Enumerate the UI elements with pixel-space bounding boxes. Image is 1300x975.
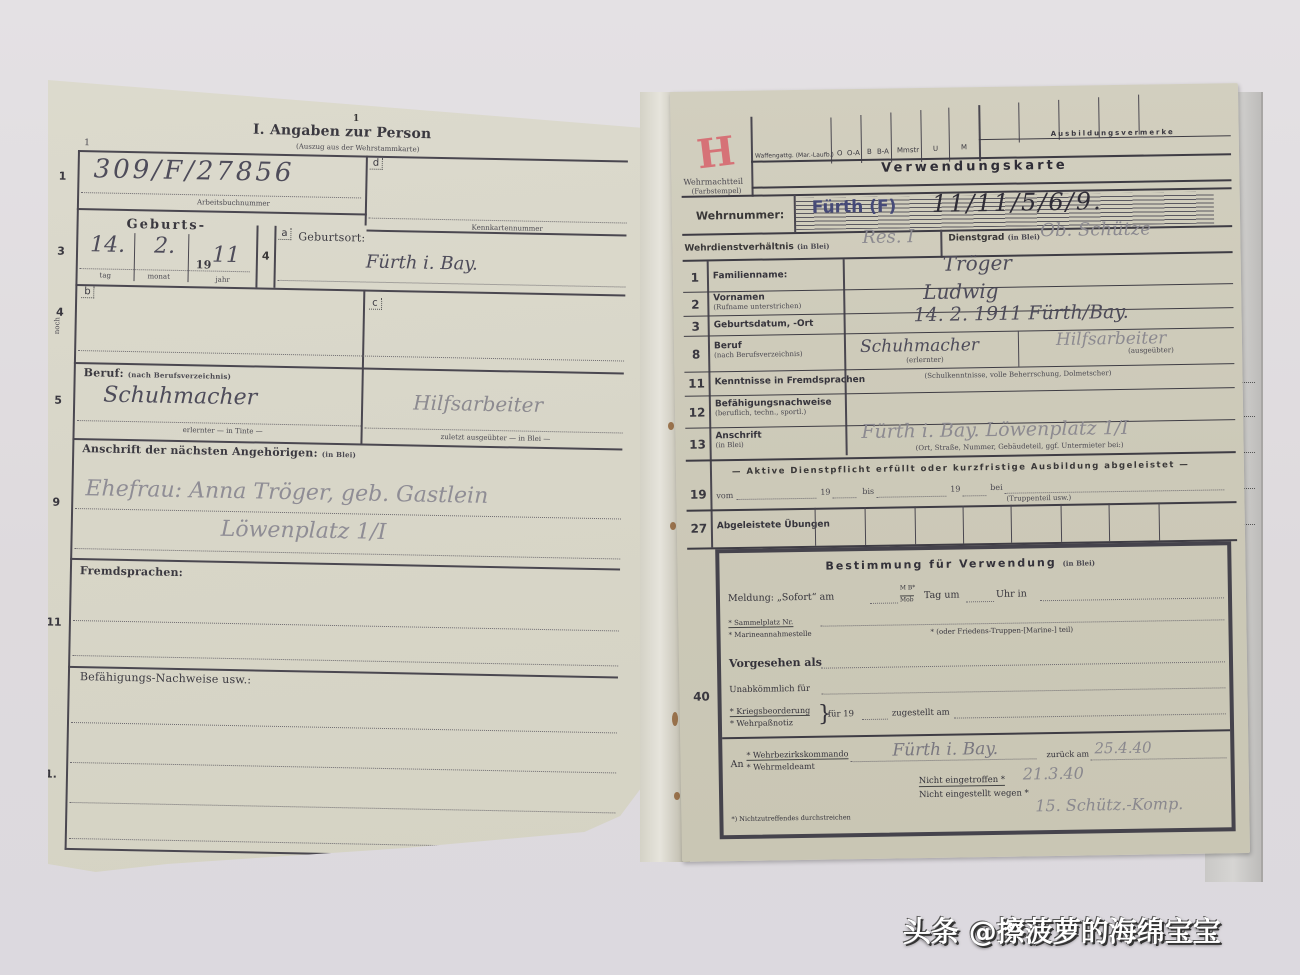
anschrift-line2: Löwenplatz 1/I [221, 517, 387, 545]
sammelplatz-label: * Sammelplatz Nr. [728, 618, 793, 628]
row-sub: (beruflich, techn., sportl.) [715, 407, 832, 417]
arbeitsbuchnummer-value: 309/F/27856 [93, 154, 294, 188]
beruf-practiced-label: zuletzt ausgeübter — in Blei — [440, 433, 550, 443]
row-number: 5 [49, 393, 67, 406]
mob-label: Mob [900, 595, 914, 603]
box-1: 1 [84, 138, 90, 148]
birth-year-label: jahr [215, 276, 229, 284]
befaehigung-label: Befähigungs-Nachweise usw.: [80, 670, 252, 686]
page-number: 1 [353, 114, 359, 124]
beruf-sub: (nach Berufsverzeichnis) [128, 370, 231, 381]
bei-label: bei [990, 483, 1003, 492]
box-c: c [369, 298, 382, 310]
row-label: Kenntnisse in Fremdsprachen [714, 375, 865, 387]
beruf-label-text: Beruf: [84, 366, 124, 380]
dienstgrad-label-text: Dienstgrad [948, 233, 1004, 244]
footnote: *) Nichtzutreffendes durchstreichen [731, 813, 851, 823]
col-m: M [961, 143, 967, 151]
wehrpassnotiz-label: * Wehrpaßnotiz [730, 718, 793, 728]
anschrift-sub: (in Blei) [322, 450, 356, 460]
an-label: An [730, 759, 743, 770]
left-page: 1 I. Angaben zur Person (Auszug aus der … [48, 80, 644, 880]
familienname-value: Tröger [943, 251, 1013, 276]
col-u: U [933, 145, 938, 153]
wehrnummer-value: 11/11/5/6/9. [932, 187, 1103, 218]
col-oa: O-A [847, 149, 860, 157]
row4-noch: noch [53, 317, 61, 334]
anschrift-label-text: Anschrift der nächsten Angehörigen: [82, 442, 318, 460]
anschrift-hint: (Ort, Straße, Nummer, Gebäudeteil, ggf. … [916, 441, 1124, 452]
vornamen-value: Ludwig [923, 279, 999, 304]
wehrdienst-value: Res. I [862, 226, 914, 248]
row-sub: (nach Berufsverzeichnis) [714, 350, 803, 359]
col-mmstr: Mmstr [897, 146, 919, 154]
nicht-eingestellt-label: Nicht eingestellt wegen * [919, 788, 1029, 800]
row-label: Beruf [714, 341, 742, 351]
nicht-eingetroffen-label: Nicht eingetroffen * [919, 775, 1005, 787]
beruf-learned-label: erlernter — in Tinte — [183, 426, 263, 436]
row-num: 40 [689, 689, 713, 703]
beruf-learned-label: (erlernter) [906, 356, 944, 365]
bis-label: bis [862, 487, 874, 496]
birthplace-value: Fürth i. Bay. [366, 252, 478, 275]
wehrdienst-label: Wehrdienstverhältnis (in Blei) [684, 242, 829, 254]
uhr-in-label: Uhr in [996, 588, 1027, 599]
fremdsprachen-hint: (Schulkenntnisse, volle Beherrschung, Do… [924, 369, 1111, 380]
tag-um-label: Tag um [924, 590, 960, 602]
dienstgrad-label: Dienstgrad (in Blei) [948, 232, 1040, 243]
row-num: 1 [683, 270, 707, 284]
bestimmung-sub: (in Blei) [1062, 558, 1095, 568]
zurueck-value: 25.4.40 [1094, 739, 1152, 758]
watermark: 头条 @擦菠萝的海绵宝宝 [903, 910, 1221, 950]
unit-note: 15. Schütz.-Komp. [1035, 794, 1183, 815]
birth-day-label: tag [100, 271, 112, 279]
birth-month-label: monat [148, 272, 171, 280]
fuer-19-label: für 19 [828, 709, 854, 719]
geburtsdatum-value: 14. 2. 1911 Fürth/Bay. [913, 301, 1128, 326]
arbeitsbuchnummer-label: Arbeitsbuchnummer [197, 198, 270, 207]
row-num: 8 [684, 347, 708, 361]
vorgesehen-label: Vorgesehen als [729, 656, 822, 670]
row-num: 2 [683, 297, 707, 311]
beruf-learned-value: Schuhmacher [860, 335, 979, 357]
beruf-learned-value: Schuhmacher [103, 383, 257, 411]
card-title: Verwendungskarte [881, 158, 1068, 176]
dienstgrad-sub: (in Blei) [1008, 232, 1041, 242]
row-number: 11 [45, 615, 63, 628]
beruf-practiced-label: (ausgeübter) [1128, 346, 1174, 355]
stamp-label: Wehrmachtteil [683, 177, 743, 187]
year-prefix: 19 [820, 488, 830, 497]
wehrdienst-sub: (in Blei) [797, 242, 830, 252]
marineannahme-label: * Marineannahmestelle [728, 630, 811, 639]
zurueck-label: zurück am [1046, 750, 1089, 760]
box-a: a [278, 228, 291, 240]
wehrnummer-stamp: Fürth (F) [812, 196, 897, 217]
dienstpflicht-heading: — Aktive Dienstpflicht erfüllt oder kurz… [732, 460, 1190, 477]
page-title: I. Angaben zur Person [253, 122, 432, 143]
unabkoemmlich-label: Unabkömmlich für [729, 684, 810, 695]
row-label: Abgeleistete Übungen [717, 520, 830, 532]
anschrift-value: Fürth i. Bay. Löwenplatz 1/I [861, 417, 1129, 443]
wehrmachtteil-stamp: H [694, 127, 737, 178]
row-number: 4 [262, 250, 270, 263]
verwendungskarte-card: H Wehrmachtteil (Farbstempel) Waffengatt… [670, 83, 1250, 862]
fremdsprachen-label: Fremdsprachen: [80, 564, 183, 579]
row-label: Geburtsdatum, -Ort [714, 319, 814, 331]
col-ba: B-A [877, 148, 889, 156]
anschrift-label: Anschrift der nächsten Angehörigen: (in … [82, 442, 356, 460]
row-sub: (Rufname unterstrichen) [713, 302, 801, 311]
wma-label: * Wehrmeldeamt [747, 762, 815, 772]
birth-day-value: 14. [90, 232, 125, 258]
oder-note: * (oder Friedens-Truppen-[Marine-] teil) [930, 626, 1073, 636]
mb-label: M B* [900, 584, 916, 591]
col-waffengattung: Waffengattg. (Mar.-Laufb.) [755, 151, 834, 159]
row-number: 3 [52, 245, 70, 258]
wehrdienst-label-text: Wehrdienstverhältnis [684, 242, 794, 254]
year-prefix: 19 [950, 484, 960, 493]
row-number: 1. [42, 767, 60, 780]
beruf-practiced-value: Hilfsarbeiter [413, 390, 543, 416]
personal-data-form: 1 1 309/F/27856 Arbeitsbuchnummer d Kenn… [65, 150, 628, 860]
row-label: Anschrift [715, 431, 761, 442]
col-b: B [867, 148, 872, 156]
page-subtitle: (Auszug aus der Wehrstammkarte) [296, 142, 420, 153]
row-num: 13 [685, 437, 709, 451]
bei-sub: (Truppenteil usw.) [1006, 494, 1071, 503]
box-b: b [81, 286, 95, 298]
wehrnummer-label: Wehrnummer: [696, 208, 785, 222]
birthplace-label: Geburtsort: [298, 230, 365, 244]
anschrift-line1: Ehefrau: Anna Tröger, geb. Gastlein [85, 476, 488, 509]
box-d: d [370, 158, 384, 170]
col-o: O [837, 149, 843, 157]
date-note: 21.3.40 [1023, 764, 1084, 784]
row-label: Familienname: [713, 270, 788, 281]
bestimmung-title: Bestimmung für Verwendung [825, 556, 1056, 573]
kriegsbeorderung-label: * Kriegsbeorderung [730, 706, 811, 717]
row-num: 12 [685, 405, 709, 419]
row-num: 27 [687, 521, 711, 535]
row-dienstpflicht: 19 — Aktive Dienstpflicht erfüllt oder k… [686, 451, 1237, 510]
wbk-label: * Wehrbezirkskommando [746, 749, 848, 761]
row-number: 9 [47, 495, 65, 508]
meldung-label: Meldung: „Sofort“ am [728, 591, 834, 604]
zugestellt-label: zugestellt am [892, 708, 950, 719]
birth-year-value: 11 [212, 243, 240, 269]
bestimmung-box: Bestimmung für Verwendung (in Blei) Meld… [715, 541, 1235, 839]
row-num: 19 [686, 487, 710, 501]
beruf-label: Beruf: (nach Berufsverzeichnis) [84, 366, 232, 382]
row-num: 11 [684, 376, 708, 390]
birth-month-value: 2. [154, 233, 175, 258]
dienstgrad-value: Ob. Schütze [1040, 218, 1151, 241]
birth-heading: Geburts- [126, 217, 206, 234]
row-number: 1 [53, 170, 71, 183]
row-num: 3 [684, 319, 708, 333]
an-value: Fürth i. Bay. [892, 739, 998, 761]
vom-label: vom [716, 491, 733, 500]
row-sub: (in Blei) [715, 441, 761, 450]
